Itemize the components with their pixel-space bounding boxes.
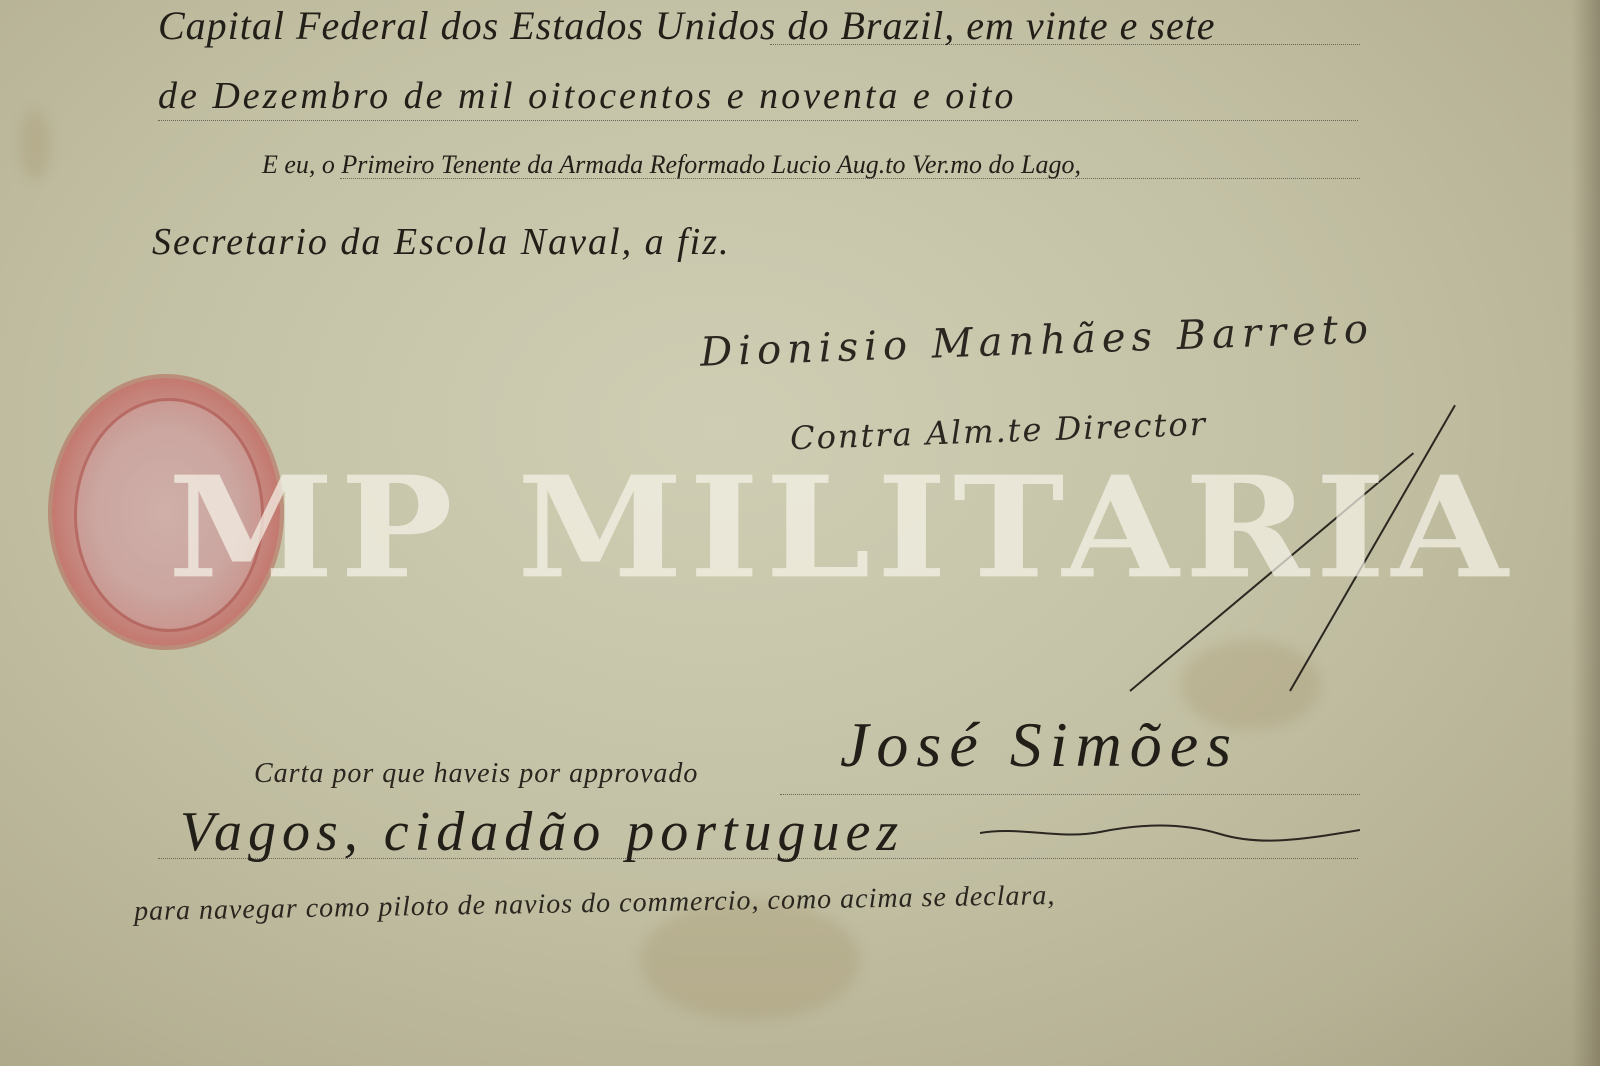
signature-name: Dionisio Manhães Barreto — [699, 306, 1374, 375]
document-line-2: de Dezembro de mil oitocentos e noventa … — [158, 74, 1016, 118]
paper-edge — [1572, 0, 1600, 1066]
ruled-line — [780, 794, 1360, 795]
watermark: MP MILITARIA — [168, 446, 1514, 610]
ruled-line — [158, 120, 1358, 121]
holder-detail: Vagos, cidadão portuguez — [180, 800, 904, 864]
document-line-4: Secretario da Escola Naval, a fiz. — [152, 220, 730, 264]
holder-name: José Simões — [840, 708, 1239, 782]
paper-stain — [20, 110, 50, 180]
certificate-purpose: para navegar como piloto de navios do co… — [134, 880, 1056, 928]
document-line-3: E eu, o Primeiro Tenente da Armada Refor… — [262, 150, 1081, 180]
certificate-prefix: Carta por que haveis por approvado — [254, 758, 698, 790]
filler-flourish — [980, 818, 1360, 848]
document-line-1: Capital Federal dos Estados Unidos do Br… — [158, 2, 1216, 49]
